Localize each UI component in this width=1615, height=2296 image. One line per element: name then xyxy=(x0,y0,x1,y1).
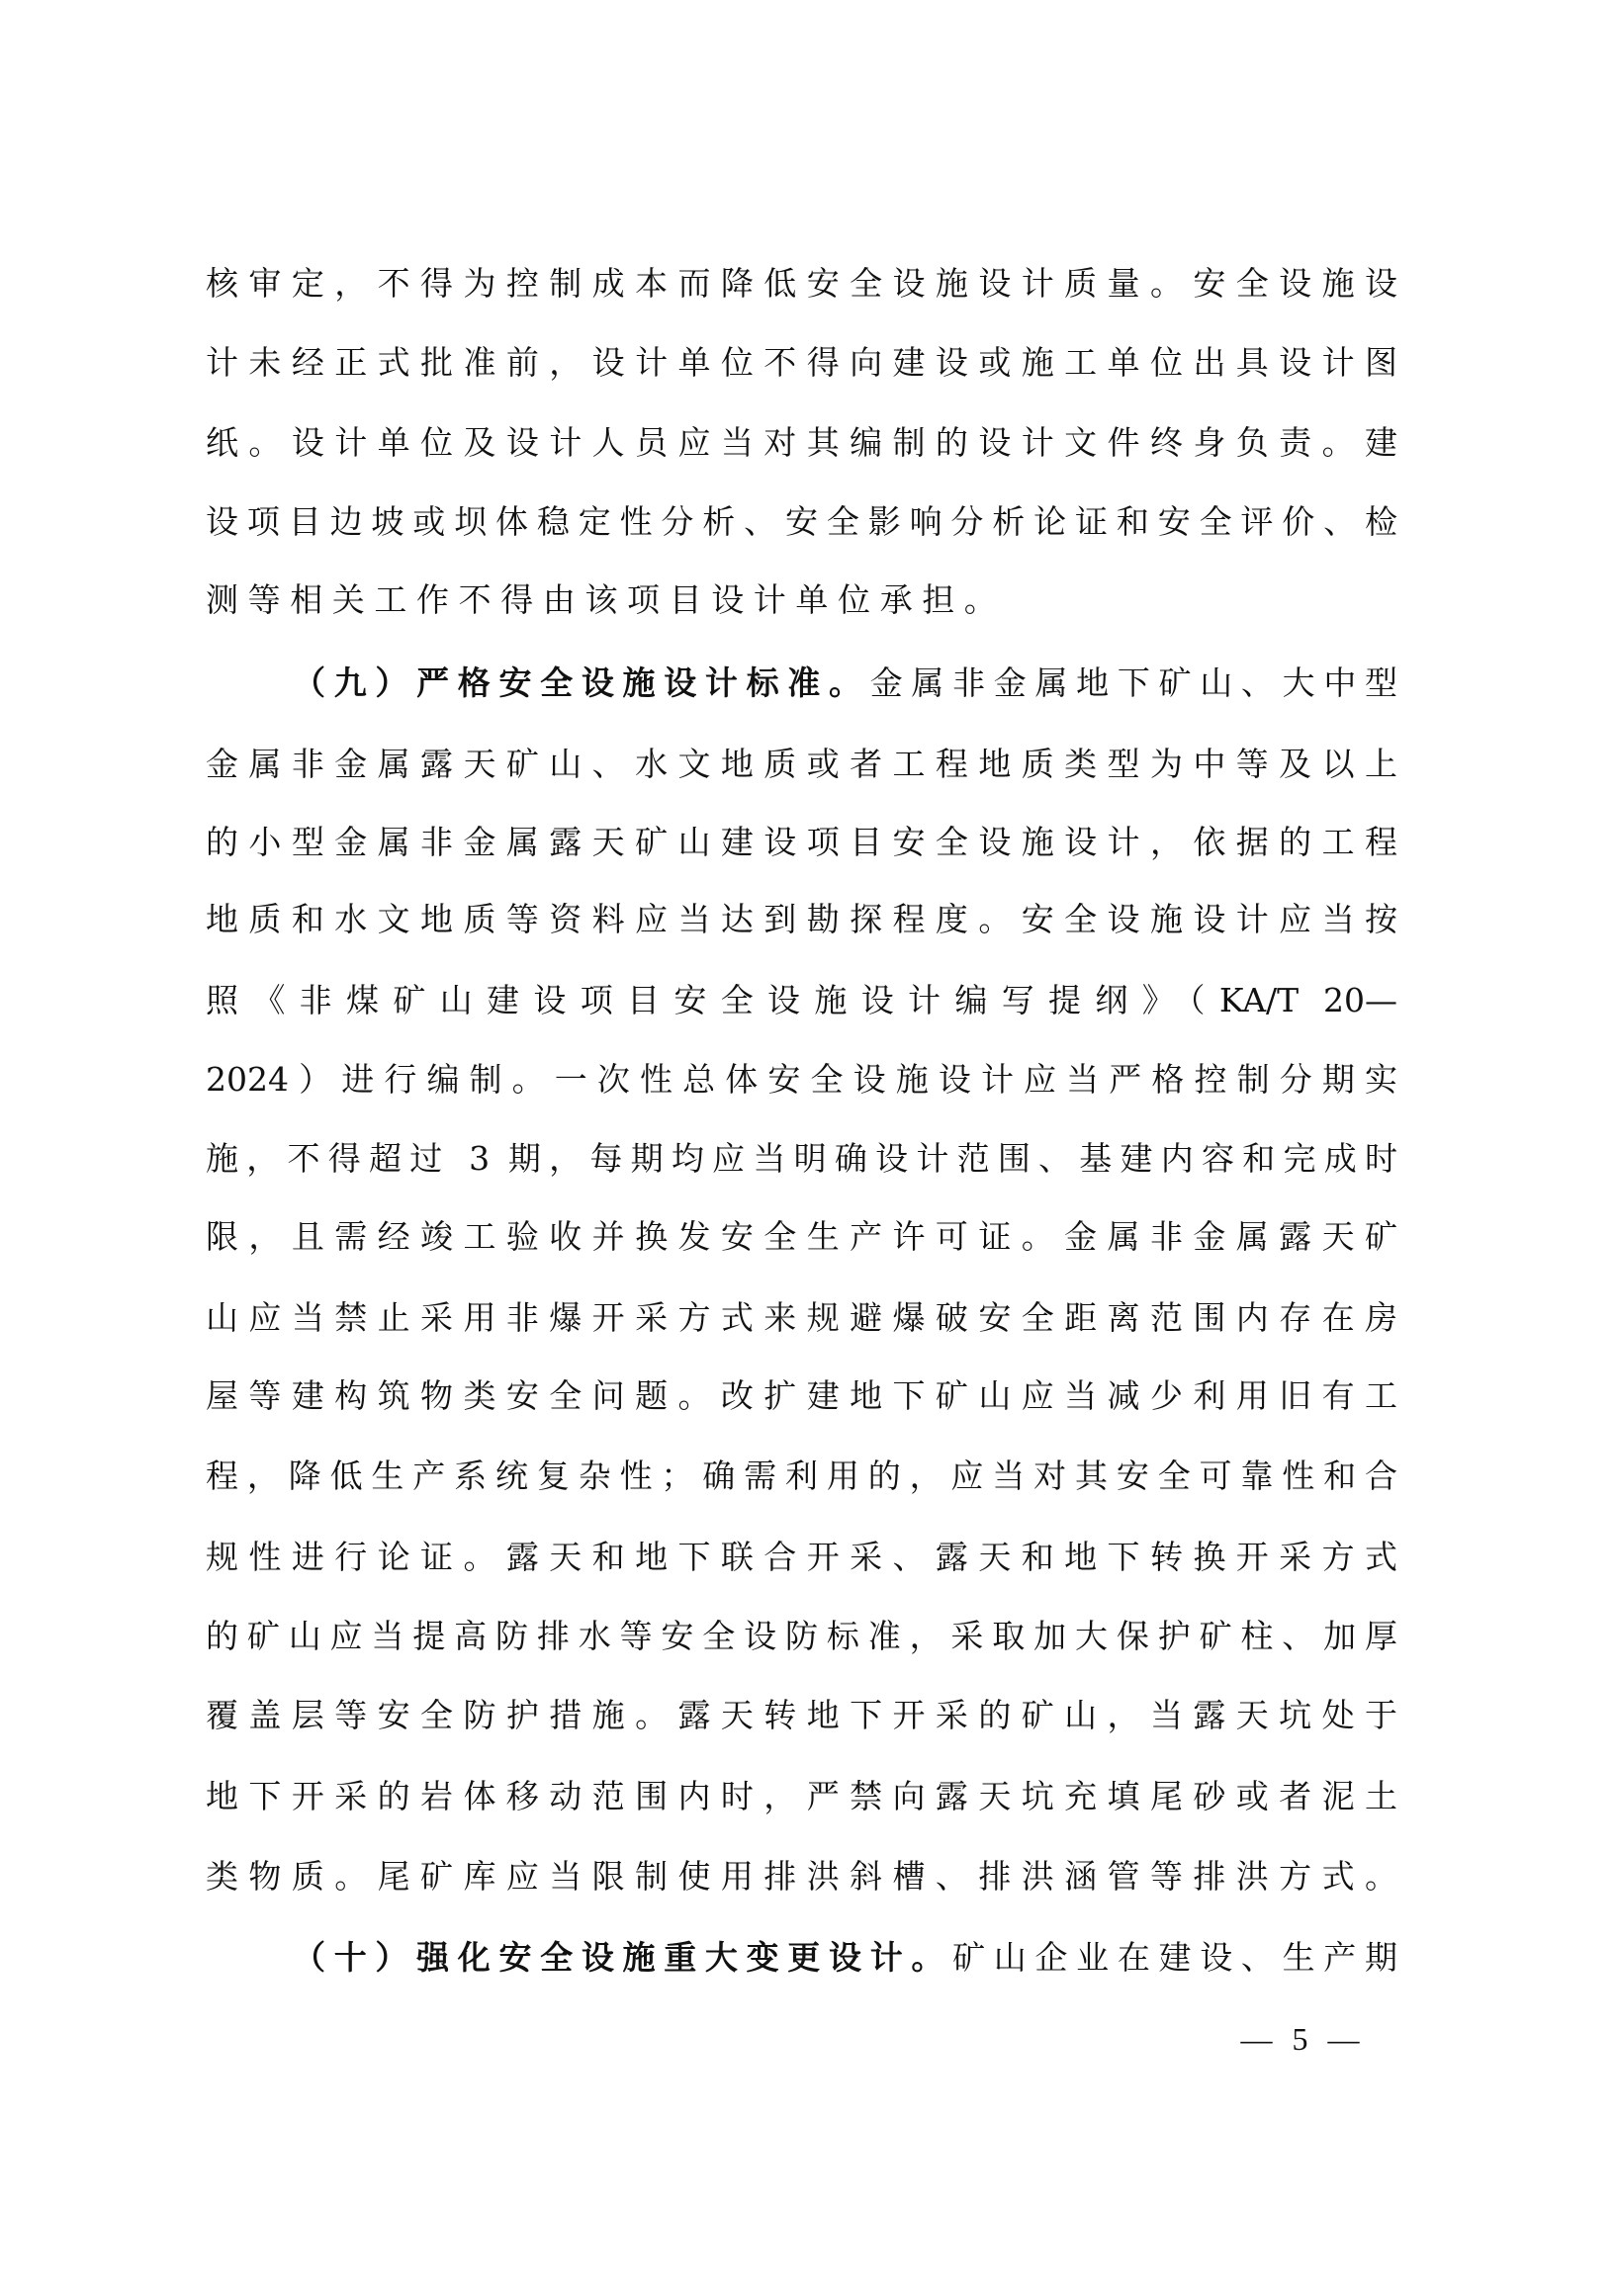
body-text: 矿山企业在建设、生产期 xyxy=(952,1938,1397,1977)
body-line: 纸。设计单位及设计人员应当对其编制的设计文件终身负责。建 xyxy=(206,418,1397,468)
body-line: 设项目边坡或坝体稳定性分析、安全影响分析论证和安全评价、检 xyxy=(206,497,1397,547)
paragraph-nine-first-line: （九）严格安全设施设计标准。金属非金属地下矿山、大中型 xyxy=(293,659,1397,708)
body-line: 地质和水文地质等资料应当达到勘探程度。安全设施设计应当按 xyxy=(206,895,1397,944)
body-line: 覆盖层等安全防护措施。露天转地下开采的矿山，当露天坑处于 xyxy=(206,1691,1397,1740)
section-heading-nine: （九）严格安全设施设计标准。 xyxy=(293,663,870,702)
body-line: 的矿山应当提高防排水等安全设防标准，采取加大保护矿柱、加厚 xyxy=(206,1612,1397,1661)
body-line: 山应当禁止采用非爆开采方式来规避爆破安全距离范围内存在房 xyxy=(206,1293,1397,1343)
body-line: 类物质。尾矿库应当限制使用排洪斜槽、排洪涵管等排洪方式。 xyxy=(206,1852,1397,1901)
page-number: — 5 — xyxy=(1211,2017,1394,2061)
body-line: 程，降低生产系统复杂性；确需利用的，应当对其安全可靠性和合 xyxy=(206,1452,1397,1501)
body-line: 施，不得超过 3 期，每期均应当明确设计范围、基建内容和完成时 xyxy=(206,1134,1397,1184)
section-heading-ten: （十）强化安全设施重大变更设计。 xyxy=(293,1938,952,1977)
body-line: 的小型金属非金属露天矿山建设项目安全设施设计，依据的工程 xyxy=(206,818,1397,867)
body-line: 屋等建构筑物类安全问题。改扩建地下矿山应当减少利用旧有工 xyxy=(206,1371,1397,1421)
body-line: 照《非煤矿山建设项目安全设施设计编写提纲》（KA/T 20— xyxy=(206,976,1397,1025)
body-line: 计未经正式批准前，设计单位不得向建设或施工单位出具设计图 xyxy=(206,338,1397,388)
body-text: 金属非金属地下矿山、大中型 xyxy=(870,663,1397,702)
body-line: 地下开采的岩体移动范围内时，严禁向露天坑充填尾砂或者泥土 xyxy=(206,1772,1397,1821)
document-page: 核审定，不得为控制成本而降低安全设施设计质量。安全设施设 计未经正式批准前，设计… xyxy=(0,0,1615,2296)
body-line: 测等相关工作不得由该项目设计单位承担。 xyxy=(206,575,1397,625)
body-line: 2024）进行编制。一次性总体安全设施设计应当严格控制分期实 xyxy=(206,1055,1397,1104)
body-line: 规性进行论证。露天和地下联合开采、露天和地下转换开采方式 xyxy=(206,1533,1397,1582)
paragraph-ten-first-line: （十）强化安全设施重大变更设计。矿山企业在建设、生产期 xyxy=(293,1933,1397,1983)
body-line: 限，且需经竣工验收并换发安全生产许可证。金属非金属露天矿 xyxy=(206,1212,1397,1262)
body-line: 金属非金属露天矿山、水文地质或者工程地质类型为中等及以上 xyxy=(206,740,1397,789)
body-line: 核审定，不得为控制成本而降低安全设施设计质量。安全设施设 xyxy=(206,259,1397,309)
